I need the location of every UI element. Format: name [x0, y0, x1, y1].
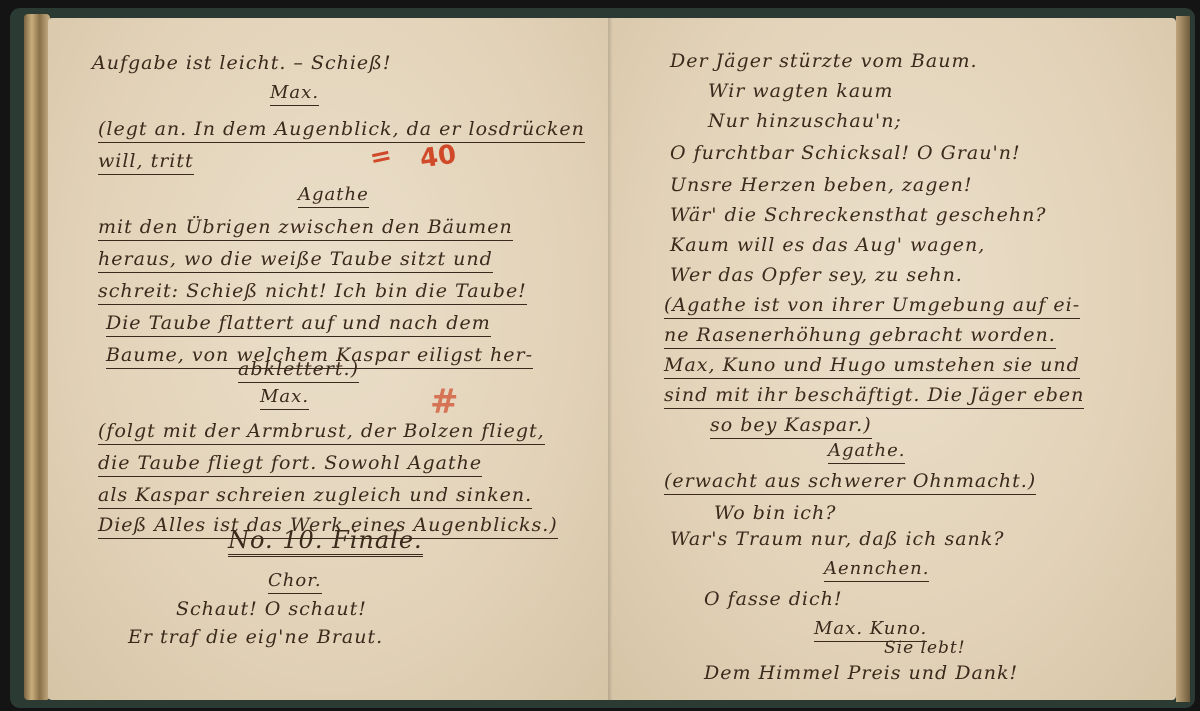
speaker-name: Max. [270, 82, 319, 106]
speaker-name: Aennchen. [824, 558, 929, 582]
text-line: Unsre Herzen beben, zagen! [670, 174, 973, 196]
stage-direction: schreit: Schieß nicht! Ich bin die Taube… [98, 280, 527, 305]
red-pencil-mark: # [430, 382, 459, 422]
red-pencil-mark: 40 [418, 140, 458, 175]
section-title: No. 10. Finale. [228, 526, 423, 557]
page-edges-right [1176, 16, 1190, 702]
speaker-name: Agathe. [828, 440, 905, 464]
text-line: Er traf die eig'ne Braut. [128, 626, 383, 648]
text-line: Dem Himmel Preis und Dank! [704, 662, 1018, 684]
stage-direction: Max, Kuno und Hugo umstehen sie und [664, 354, 1080, 379]
text-line: Kaum will es das Aug' wagen, [670, 234, 985, 256]
speaker-name: Agathe [298, 184, 369, 208]
text-line: War's Traum nur, daß ich sank? [670, 528, 1004, 550]
stage-direction: die Taube fliegt fort. Sowohl Agathe [98, 452, 482, 477]
stage-direction: (legt an. In dem Augenblick, da er losdr… [98, 118, 585, 143]
stage-direction: (folgt mit der Armbrust, der Bolzen flie… [98, 420, 545, 445]
text-line: Wär' die Schreckensthat geschehn? [670, 204, 1047, 226]
stage-direction: will, tritt [98, 150, 194, 175]
speaker-name: Max. [260, 386, 309, 410]
text-line: Wer das Opfer sey, zu sehn. [670, 264, 963, 286]
stage-direction: (Agathe ist von ihrer Umgebung auf ei- [664, 294, 1080, 319]
stage-direction: Die Taube flattert auf und nach dem [106, 312, 491, 337]
text-line: Nur hinzuschau'n; [708, 110, 902, 132]
text-line: Der Jäger stürzte vom Baum. [670, 50, 978, 72]
text-line: Sie lebt! [884, 638, 966, 658]
text-line: Schaut! O schaut! [176, 598, 367, 620]
text-line: Aufgabe ist leicht. – Schieß! [92, 52, 392, 74]
stage-direction: heraus, wo die weiße Taube sitzt und [98, 248, 493, 273]
speaker-name: Chor. [268, 570, 322, 594]
stage-direction: ne Rasenerhöhung gebracht worden. [664, 324, 1056, 349]
text-line: Wir wagten kaum [708, 80, 893, 102]
stage-direction: abklettert.) [238, 358, 359, 383]
text-line: O fasse dich! [704, 588, 843, 610]
text-line: O furchtbar Schicksal! O Grau'n! [670, 142, 1021, 164]
stage-direction: mit den Übrigen zwischen den Bäumen [98, 216, 513, 241]
left-page: Aufgabe ist leicht. – Schieß! Max. (legt… [48, 18, 614, 700]
stage-direction: als Kaspar schreien zugleich und sinken. [98, 484, 532, 509]
stage-direction: sind mit ihr beschäftigt. Die Jäger eben [664, 384, 1084, 409]
stage-direction: (erwacht aus schwerer Ohnmacht.) [664, 470, 1036, 495]
red-pencil-mark: = [367, 140, 395, 174]
stage-direction: so bey Kaspar.) [710, 414, 872, 439]
text-line: Wo bin ich? [714, 502, 836, 524]
page-edges-left [24, 14, 50, 700]
right-page: Der Jäger stürzte vom Baum. Wir wagten k… [614, 18, 1176, 700]
